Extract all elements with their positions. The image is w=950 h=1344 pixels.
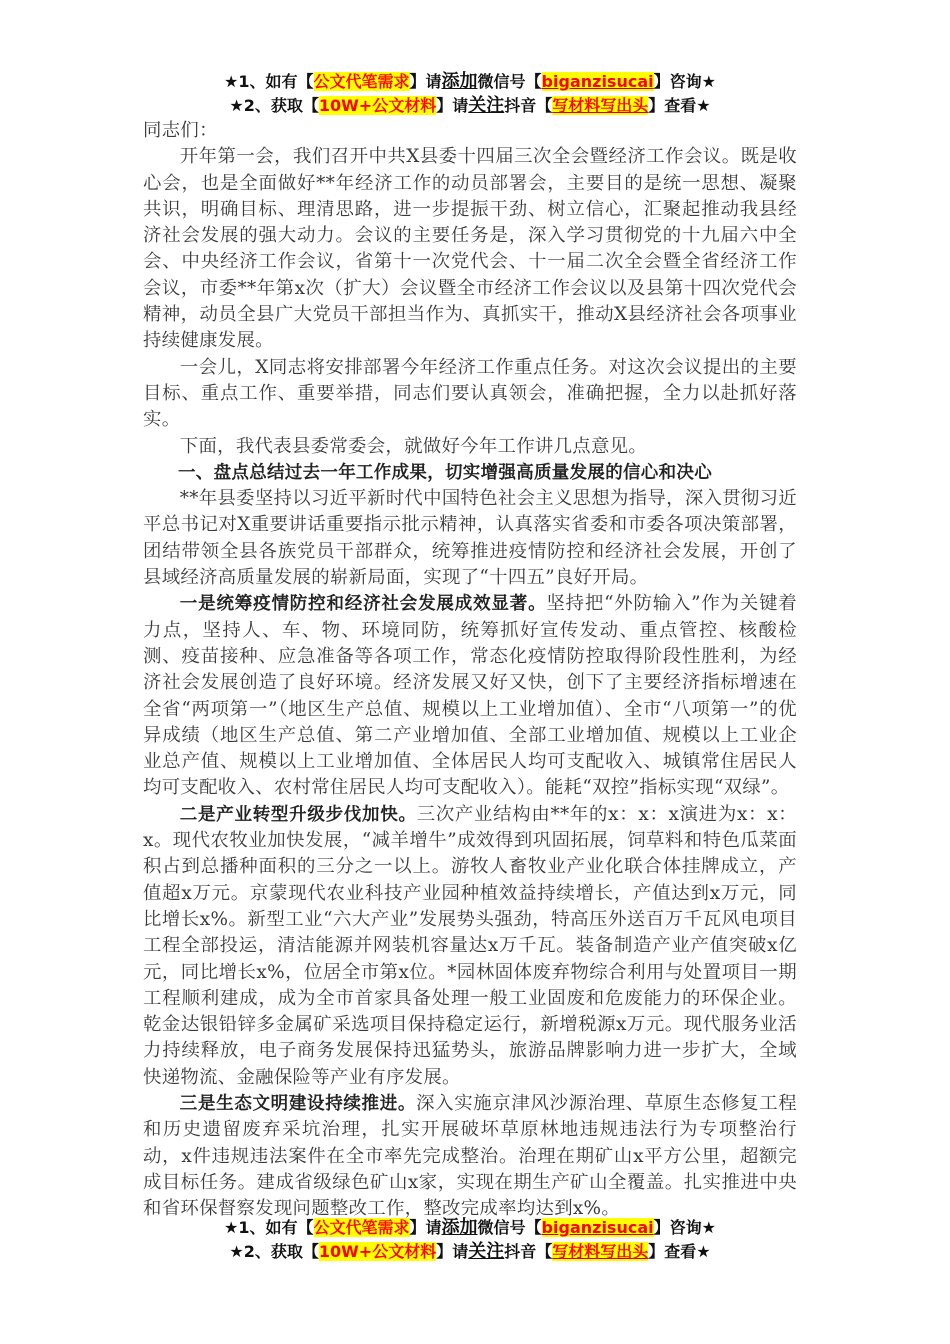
paragraph-point-1: 一是统筹疫情防控和经济社会发展成效显著。坚持把“外防输入”作为关键着力点，坚持人… <box>143 591 797 801</box>
promo-text: 】咨询★ <box>654 72 716 91</box>
promo-line-1: ★1、如有【公文代笔需求】请添加微信号【biganzisucai】咨询★ <box>143 70 797 94</box>
point-text-1: 坚持把“外防输入”作为关键着力点，坚持人、车、物、环境同防，统筹抓好宣传发动、重… <box>143 593 797 798</box>
promo-line-2: ★2、获取【10W+公文材料】请关注抖音【写材料写出头】查看★ <box>143 1240 797 1264</box>
promo-text: ★2、获取【 <box>229 96 318 115</box>
point-text-2: 三次产业结构由**年的x：x：x演进为x：x：x。现代农牧业加快发展，“减羊增牛… <box>143 804 797 1088</box>
paragraph-transition: 下面，我代表县委常委会，就做好今年工作讲几点意见。 <box>143 434 797 460</box>
document-page: ★1、如有【公文代笔需求】请添加微信号【biganzisucai】咨询★ ★2、… <box>143 70 797 1222</box>
promo-text: 抖音【 <box>504 96 552 115</box>
point-lead-1: 一是统筹疫情防控和经济社会发展成效显著。 <box>180 594 547 614</box>
promo-banner-bottom: ★1、如有【公文代笔需求】请添加微信号【biganzisucai】咨询★ ★2、… <box>143 1216 797 1264</box>
promo-text: 】查看★ <box>648 1242 710 1261</box>
promo-text: 微信号【 <box>478 72 542 91</box>
promo-text: ★1、如有【 <box>224 72 313 91</box>
paragraph-opening: 开年第一会，我们召开中共X县委十四届三次全会暨经济工作会议。既是收心会，也是全面… <box>143 144 797 354</box>
promo-highlight-service: 公文代笔需求 <box>314 72 410 91</box>
promo-banner-top: ★1、如有【公文代笔需求】请添加微信号【biganzisucai】咨询★ ★2、… <box>143 70 797 118</box>
promo-highlight-service: 公文代笔需求 <box>314 1218 410 1237</box>
point-lead-3: 三是生态文明建设持续推进。 <box>180 1094 416 1114</box>
document-body: 同志们： 开年第一会，我们召开中共X县委十四届三次全会暨经济工作会议。既是收心会… <box>143 118 797 1222</box>
point-lead-2: 二是产业转型升级步伐加快。 <box>180 805 417 825</box>
salutation: 同志们： <box>143 118 797 144</box>
promo-text: 微信号【 <box>478 1218 542 1237</box>
promo-text: ★1、如有【 <box>224 1218 313 1237</box>
promo-highlight-materials: 10W+公文材料 <box>319 96 436 115</box>
promo-text: 】请 <box>436 1242 468 1261</box>
section-heading-1: 一、盘点总结过去一年工作成果，切实增强高质量发展的信心和决心 <box>143 460 797 486</box>
promo-underlined-follow: 关注 <box>468 95 504 116</box>
promo-text: 】请 <box>436 96 468 115</box>
promo-douyin-account: 写材料写出头 <box>552 1242 648 1261</box>
promo-line-1: ★1、如有【公文代笔需求】请添加微信号【biganzisucai】咨询★ <box>143 1216 797 1240</box>
promo-text: 】请 <box>410 72 442 91</box>
promo-wechat-id: biganzisucai <box>542 1218 654 1237</box>
promo-highlight-materials: 10W+公文材料 <box>319 1242 436 1261</box>
paragraph-section1-intro: **年县委坚持以习近平新时代中国特色社会主义思想为指导，深入贯彻习近平总书记对X… <box>143 486 797 591</box>
promo-text: 】请 <box>410 1218 442 1237</box>
promo-wechat-id: biganzisucai <box>542 72 654 91</box>
paragraph-arrangement: 一会儿，X同志将安排部署今年经济工作重点任务。对这次会议提出的主要目标、重点工作… <box>143 355 797 434</box>
promo-text: 抖音【 <box>504 1242 552 1261</box>
promo-douyin-account: 写材料写出头 <box>552 96 648 115</box>
paragraph-point-2: 二是产业转型升级步伐加快。三次产业结构由**年的x：x：x演进为x：x：x。现代… <box>143 802 797 1091</box>
promo-text: 】咨询★ <box>654 1218 716 1237</box>
promo-underlined-add: 添加 <box>442 1217 478 1238</box>
promo-underlined-add: 添加 <box>442 71 478 92</box>
promo-text: 】查看★ <box>648 96 710 115</box>
paragraph-point-3: 三是生态文明建设持续推进。深入实施京津风沙源治理、草原生态修复工程和历史遗留废弃… <box>143 1091 797 1222</box>
promo-text: ★2、获取【 <box>229 1242 318 1261</box>
promo-underlined-follow: 关注 <box>468 1241 504 1262</box>
promo-line-2: ★2、获取【10W+公文材料】请关注抖音【写材料写出头】查看★ <box>143 94 797 118</box>
